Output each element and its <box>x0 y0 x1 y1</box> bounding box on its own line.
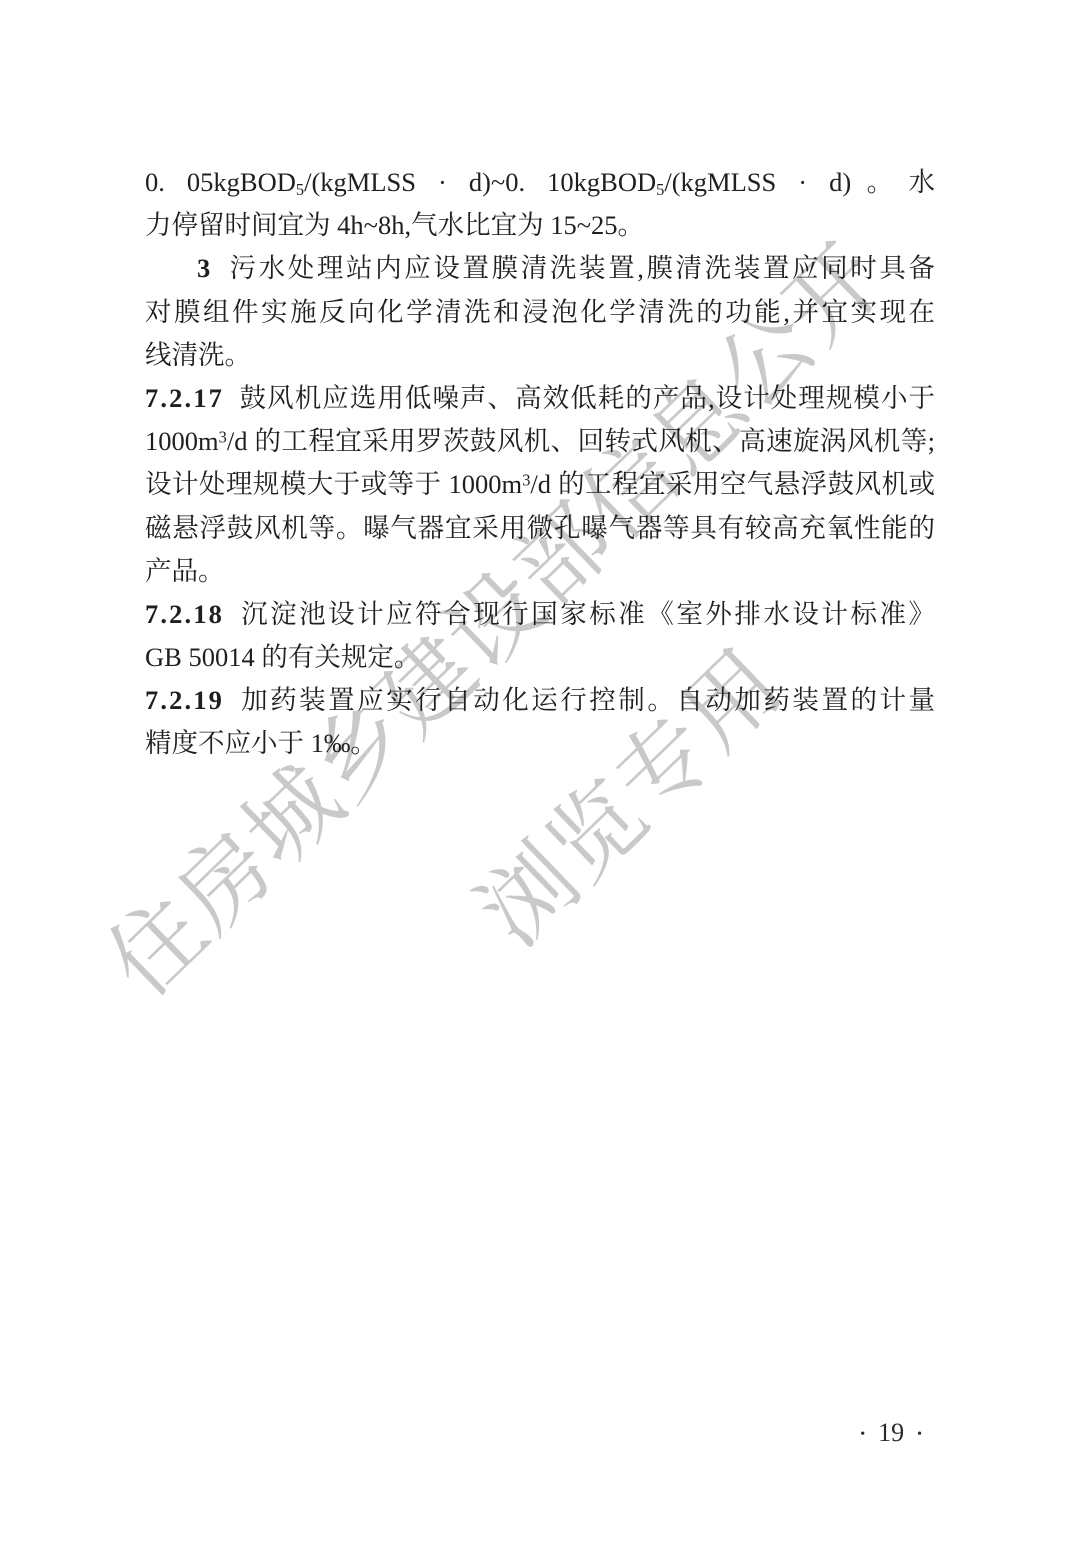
text-segment: 加药装置应实行自动化运行控制。自动加药装置的计量 <box>239 685 935 715</box>
text-segment: 产品。 <box>145 556 225 586</box>
text-line: 1000m3/d 的工程宜采用罗茨鼓风机、回转式风机、高速旋涡风机等; <box>145 420 935 463</box>
text-segment: 线清洗。 <box>145 340 251 370</box>
text-line: 力停留时间宜为 4h~8h,气水比宜为 15~25。 <box>145 204 935 247</box>
text-segment: /(kgMLSS · d)。水 <box>664 167 935 197</box>
text-segment: 鼓风机应选用低噪声、高效低耗的产品,设计处理规模小于 <box>239 383 935 413</box>
text-line: 7.2.19加药装置应实行自动化运行控制。自动加药装置的计量 <box>145 679 935 722</box>
footer-right-dot: • <box>917 1427 922 1443</box>
text-segment: /d 的工程宜采用罗茨鼓风机、回转式风机、高速旋涡风机等; <box>227 426 935 456</box>
section-number: 3 <box>197 253 212 283</box>
text-line: 0. 05kgBOD5/(kgMLSS · d)~0. 10kgBOD5/(kg… <box>145 161 935 204</box>
text-line: 7.2.17鼓风机应选用低噪声、高效低耗的产品,设计处理规模小于 <box>145 377 935 420</box>
text-segment: 设计处理规模大于或等于 1000m <box>145 469 522 499</box>
text-segment: 1000m <box>145 426 219 456</box>
text-segment: /d 的工程宜采用空气悬浮鼓风机或 <box>530 469 935 499</box>
document-page: 住房城乡建设部信息公开 浏览专用 0. 05kgBOD5/(kgMLSS · d… <box>0 0 1080 1566</box>
page-footer: •19• <box>145 1418 935 1448</box>
text-line: 设计处理规模大于或等于 1000m3/d 的工程宜采用空气悬浮鼓风机或 <box>145 463 935 506</box>
text-segment: 5 <box>296 180 304 199</box>
text-line: 产品。 <box>145 550 935 593</box>
text-line: 磁悬浮鼓风机等。曝气器宜采用微孔曝气器等具有较高充氧性能的 <box>145 507 935 550</box>
text-segment: 对膜组件实施反向化学清洗和浸泡化学清洗的功能,并宜实现在 <box>145 297 935 327</box>
text-segment: 精度不应小于 1‰。 <box>145 728 377 758</box>
text-line: 线清洗。 <box>145 334 935 377</box>
text-segment: 沉淀池设计应符合现行国家标准《室外排水设计标准》 <box>239 599 935 629</box>
text-segment: 3 <box>219 428 227 447</box>
text-segment: 力停留时间宜为 4h~8h,气水比宜为 15~25。 <box>145 210 644 240</box>
text-line: 7.2.18沉淀池设计应符合现行国家标准《室外排水设计标准》 <box>145 593 935 636</box>
section-number: 7.2.18 <box>145 599 224 629</box>
section-number: 7.2.19 <box>145 685 224 715</box>
text-segment: GB 50014 的有关规定。 <box>145 642 420 672</box>
page-number: 19 <box>878 1418 904 1447</box>
footer-left-dot: • <box>860 1427 865 1443</box>
text-segment: 0. 05kgBOD <box>145 167 296 197</box>
text-line: 3污水处理站内应设置膜清洗装置,膜清洗装置应同时具备 <box>145 247 935 290</box>
text-segment: 磁悬浮鼓风机等。曝气器宜采用微孔曝气器等具有较高充氧性能的 <box>145 513 935 543</box>
section-number: 7.2.17 <box>145 383 224 413</box>
document-text: 0. 05kgBOD5/(kgMLSS · d)~0. 10kgBOD5/(kg… <box>145 161 935 766</box>
text-line: 精度不应小于 1‰。 <box>145 722 935 765</box>
text-segment: /(kgMLSS · d)~0. 10kgBOD <box>304 167 656 197</box>
text-line: GB 50014 的有关规定。 <box>145 636 935 679</box>
text-segment: 污水处理站内应设置膜清洗装置,膜清洗装置应同时具备 <box>227 253 935 283</box>
text-line: 对膜组件实施反向化学清洗和浸泡化学清洗的功能,并宜实现在 <box>145 291 935 334</box>
